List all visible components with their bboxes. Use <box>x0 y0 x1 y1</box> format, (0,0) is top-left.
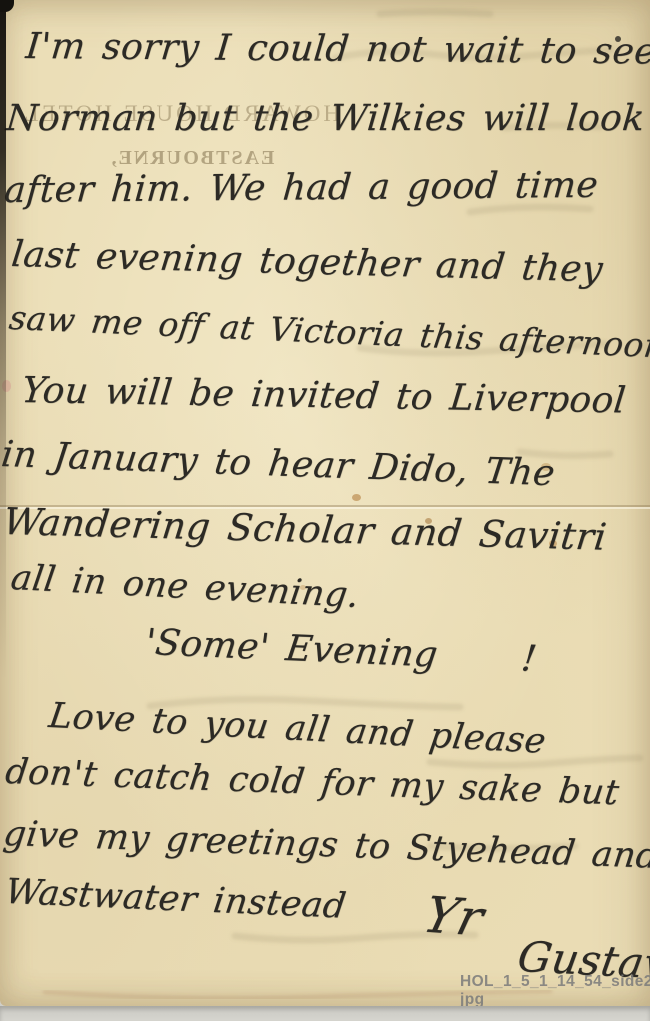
letter-line-2: Norman but the Wilkies will look <box>4 98 646 139</box>
fox-spot <box>352 494 361 501</box>
letter-line-1: I'm sorry I could not wait to see <box>24 26 650 72</box>
letter-line-3: after him. We had a good time <box>3 165 600 211</box>
letter-page: HOWARD HOUSE HOTEL EASTBOURNE, I'm sor <box>0 0 650 1006</box>
watermark-line-1: HOL_1_5_1_14_54_side2 <box>460 973 650 991</box>
scan-edge-shadow <box>0 0 6 680</box>
scanner-bed <box>0 1006 650 1021</box>
